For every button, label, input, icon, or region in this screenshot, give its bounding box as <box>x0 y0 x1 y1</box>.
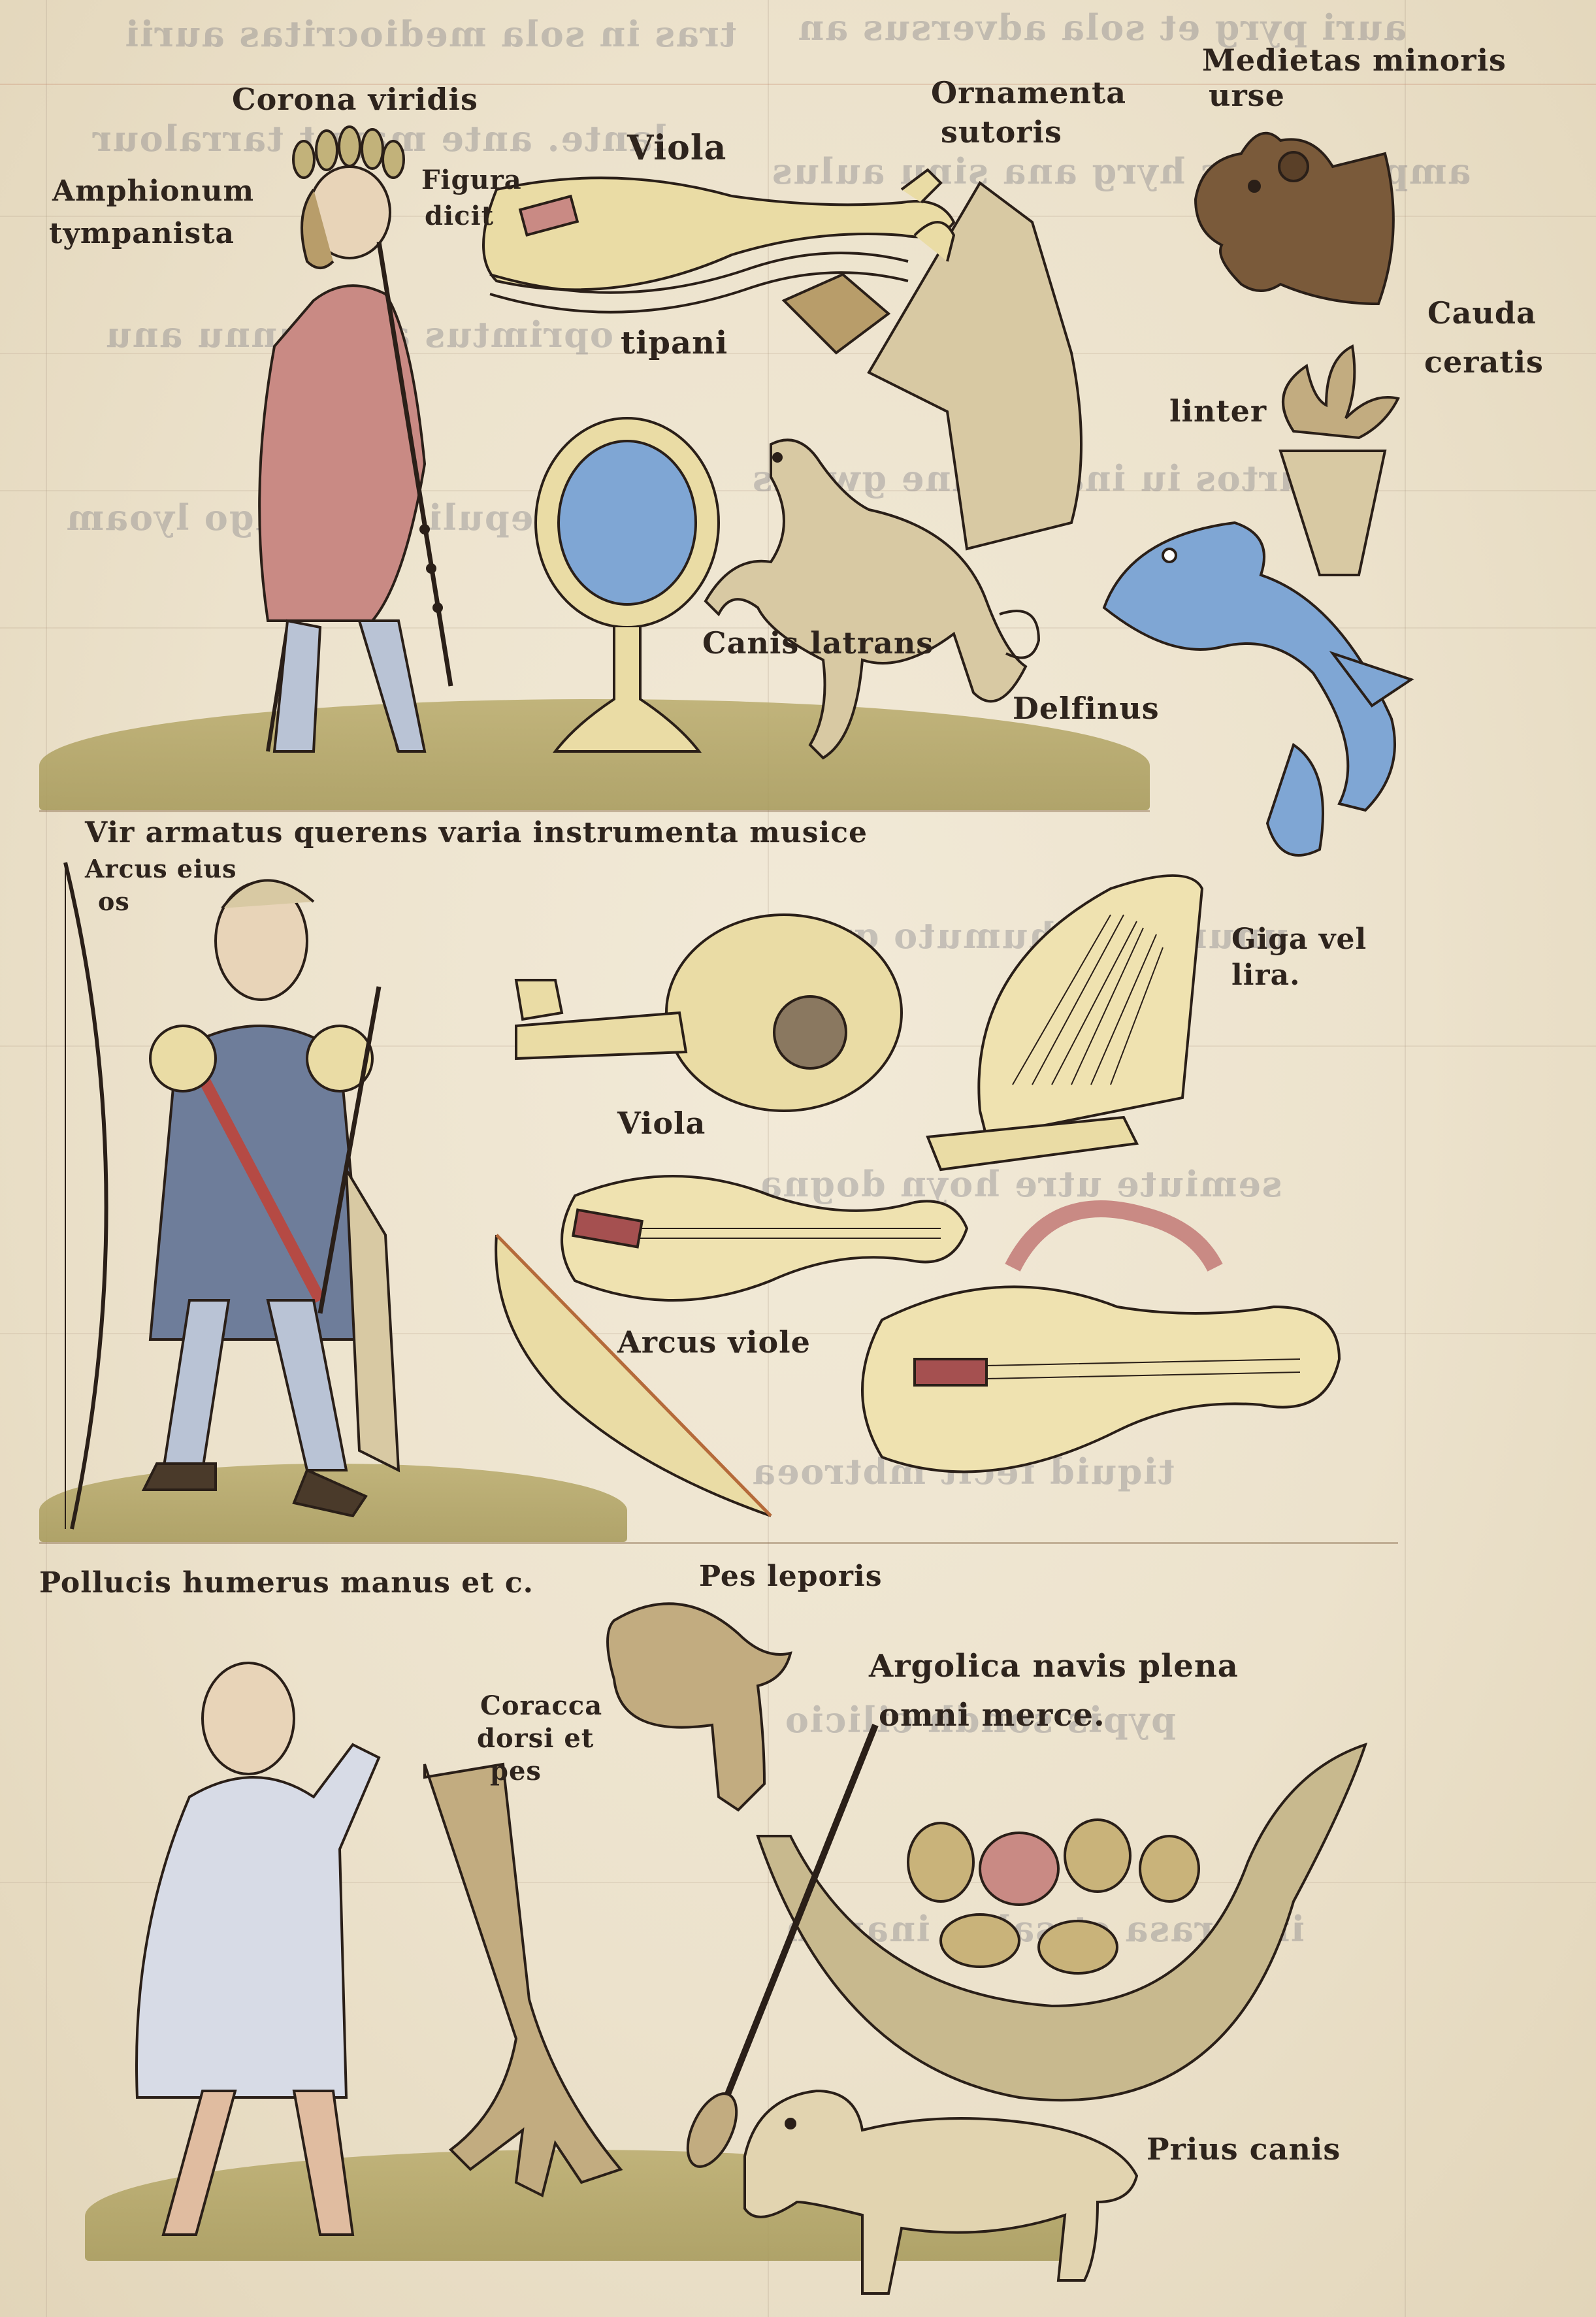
label-arcus-viole: Arcus viole <box>617 1326 811 1358</box>
label-tympanista: tympanista <box>49 219 235 249</box>
label-viola-top: Viola <box>627 131 726 167</box>
label-canis-latrans: Canis latrans <box>702 627 934 659</box>
bleed-through-text: tras in sola mediocritas aurii <box>124 13 736 55</box>
label-tipani: tipani <box>621 327 728 359</box>
prius-canis-drawing <box>732 2078 1156 2293</box>
arcus-viole-drawing <box>483 1222 790 1529</box>
label-delfinus: Delfinus <box>1013 693 1160 724</box>
label-pes-leporis: Pes leporis <box>699 1562 882 1592</box>
label-dorsi-et: dorsi et <box>477 1725 594 1752</box>
manuscript-page: tras in sola mediocritas aurii auri pyrg… <box>0 0 1596 2317</box>
label-pollucis: Pollucis humerus manus et c. <box>39 1568 534 1598</box>
giga-lira-drawing <box>915 849 1280 1189</box>
label-argolica-navis: Argolica navis plena <box>869 1650 1239 1683</box>
bear-drawing <box>1169 114 1418 337</box>
label-prius-canis: Prius canis <box>1147 2133 1341 2165</box>
label-medietas-minoris: Medietas minoris <box>1202 44 1506 76</box>
label-urse: urse <box>1209 80 1285 111</box>
coracca-leg-drawing <box>418 1764 634 2209</box>
label-pes: pes <box>490 1758 542 1785</box>
label-vir-armatus: Vir armatus querens varia instrumenta mu… <box>85 818 868 848</box>
label-corona-viridis: Corona viridis <box>232 84 478 115</box>
label-amphionum: Amphionum <box>52 176 254 206</box>
label-dicit: dicit <box>425 203 494 230</box>
label-sutoris: sutoris <box>941 116 1062 148</box>
vir-armatus-figure <box>46 843 503 1542</box>
label-viola-middle: Viola <box>617 1108 706 1139</box>
canis-latrans-drawing <box>692 418 1071 784</box>
label-ceratis: ceratis <box>1424 346 1544 378</box>
lute-drawing <box>503 902 908 1124</box>
viola-large-drawing <box>869 1189 1405 1529</box>
label-figura: Figura <box>421 167 522 194</box>
label-omni-merce: omni merce. <box>879 1699 1105 1732</box>
section-divider <box>39 810 1150 812</box>
label-coracca: Coracca <box>480 1692 602 1720</box>
label-lira: lira. <box>1231 961 1300 991</box>
label-arcus-eius: Arcus eius <box>85 856 237 882</box>
label-arcus-os: os <box>98 889 130 915</box>
amphion-figure <box>216 137 490 764</box>
section-divider <box>39 1542 1398 1544</box>
label-linter: linter <box>1169 395 1267 427</box>
label-giga-vel: Giga vel <box>1231 925 1367 955</box>
label-ornamenta: Ornamenta <box>931 77 1126 108</box>
label-cauda: Cauda <box>1427 297 1537 329</box>
